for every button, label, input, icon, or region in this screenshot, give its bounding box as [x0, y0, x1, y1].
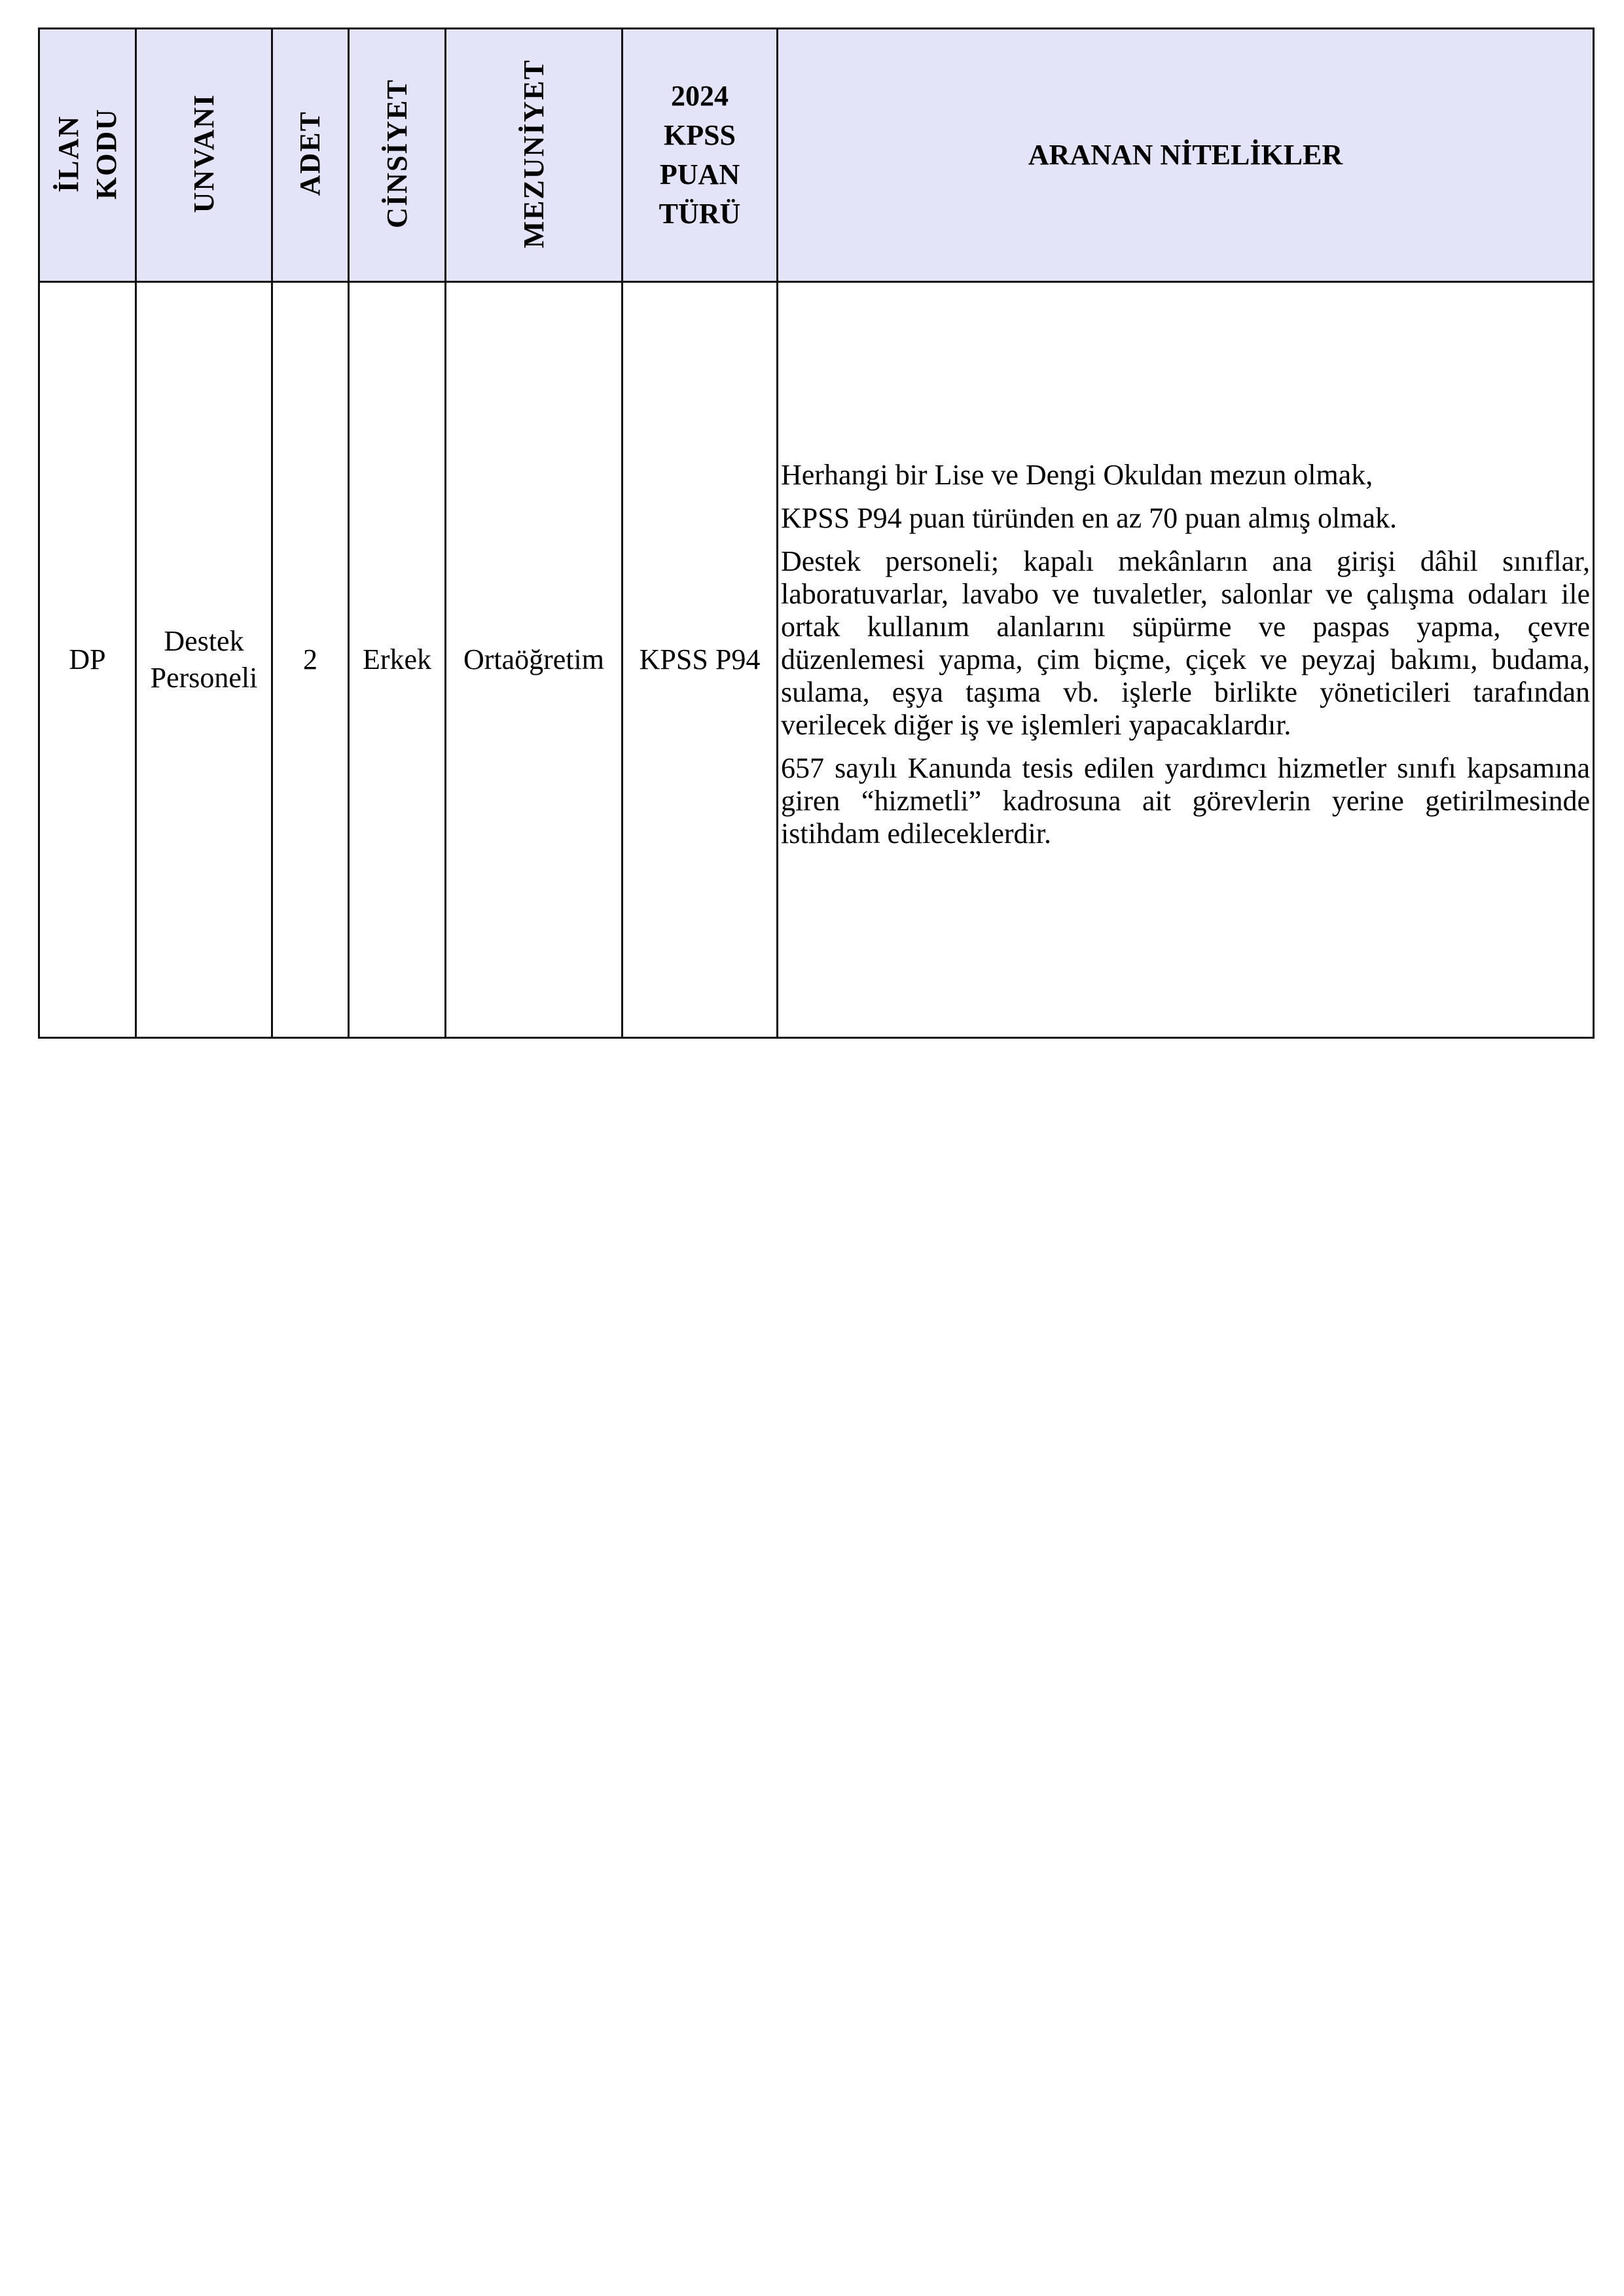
header-kpss-puan-turu: 2024 KPSS PUAN TÜRÜ: [623, 29, 778, 282]
qualification-paragraph: KPSS P94 puan türünden en az 70 puan alm…: [781, 502, 1590, 535]
cell-mezuniyet: Ortaöğretim: [446, 282, 623, 1038]
cell-kpss-puan-turu: KPSS P94: [623, 282, 778, 1038]
header-unvani: UNVANI: [136, 29, 272, 282]
cell-aranan-nitelikler: Herhangi bir Lise ve Dengi Okuldan mezun…: [778, 282, 1594, 1038]
header-aranan-nitelikler: ARANAN NİTELİKLER: [778, 29, 1594, 282]
cell-unvani: Destek Personeli: [136, 282, 272, 1038]
cell-adet: 2: [272, 282, 349, 1038]
header-adet: ADET: [272, 29, 349, 282]
table-row: DP Destek Personeli 2 Erkek Ortaöğretim …: [39, 282, 1594, 1038]
qualification-paragraph: Destek personeli; kapalı mekânların ana …: [781, 545, 1590, 742]
qualification-paragraph: Herhangi bir Lise ve Dengi Okuldan mezun…: [781, 459, 1590, 492]
cell-cinsiyet: Erkek: [349, 282, 446, 1038]
cell-ilan-kodu: DP: [39, 282, 136, 1038]
header-ilan-kodu: İLAN KODU: [39, 29, 136, 282]
header-mezuniyet: MEZUNİYET: [446, 29, 623, 282]
job-listing-table: İLAN KODU UNVANI ADET CİNSİYET MEZUNİYET…: [38, 27, 1595, 1039]
header-cinsiyet: CİNSİYET: [349, 29, 446, 282]
header-row: İLAN KODU UNVANI ADET CİNSİYET MEZUNİYET…: [39, 29, 1594, 282]
qualification-paragraph: 657 sayılı Kanunda tesis edilen yardımcı…: [781, 752, 1590, 850]
